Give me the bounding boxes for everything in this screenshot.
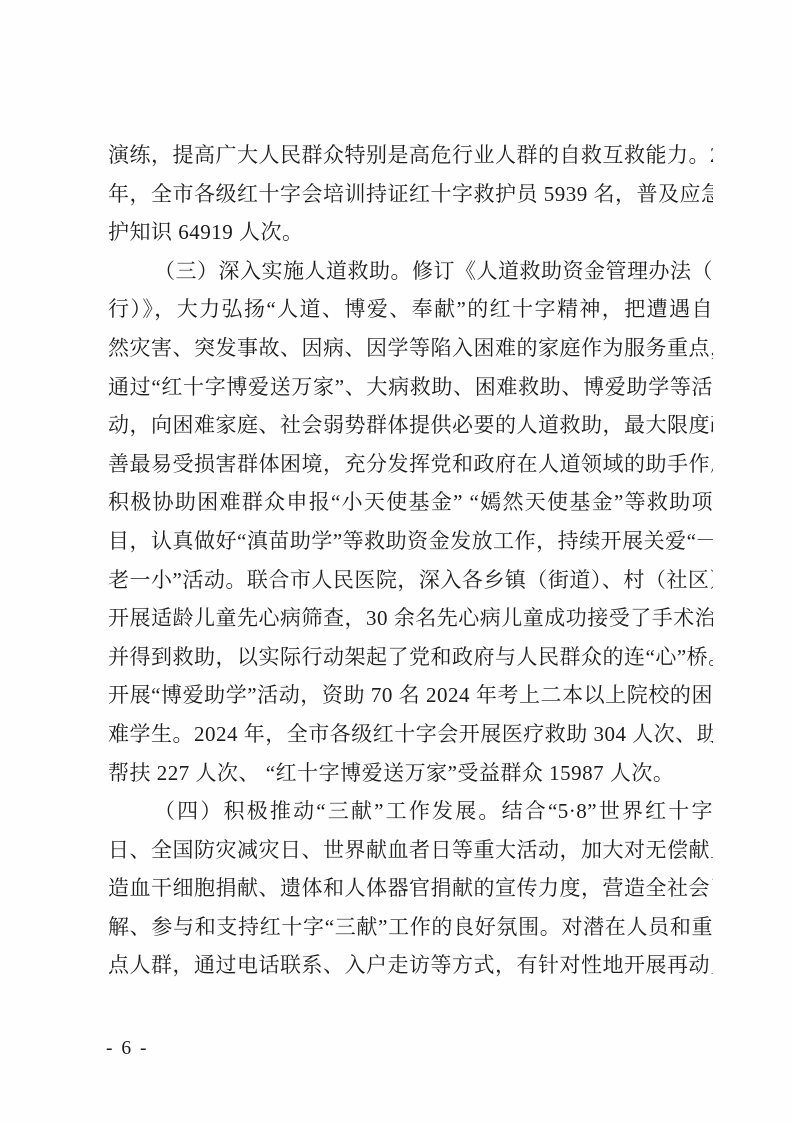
body-text: 演练，提高广大人民群众特别是高危行业人群的自救互救能力。2024年，全市各级红十… xyxy=(108,136,713,985)
document-page: 演练，提高广大人民群众特别是高危行业人群的自救互救能力。2024年，全市各级红十… xyxy=(0,0,793,1122)
text-line: 帮扶 227 人次、 “红十字博爱送万家”受益群众 15987 人次。 xyxy=(108,754,713,793)
text-line: 善最易受损害群体困境，充分发挥党和政府在人道领域的助手作用。 xyxy=(108,445,713,484)
text-line: 日、全国防灾减灾日、世界献血者日等重大活动，加大对无偿献血、 xyxy=(108,831,713,870)
text-line: 目，认真做好“滇苗助学”等救助资金发放工作，持续开展关爱“一 xyxy=(108,522,713,561)
text-line: 然灾害、突发事故、因病、因学等陷入困难的家庭作为服务重点， xyxy=(108,329,713,368)
page-number: - 6 - xyxy=(106,1038,149,1060)
text-line: 开展适龄儿童先心病筛查，30 余名先心病儿童成功接受了手术治疗， xyxy=(108,599,713,638)
text-line: 点人群，通过电话联系、入户走访等方式，有针对性地开展再动员 xyxy=(108,946,713,985)
text-line: 演练，提高广大人民群众特别是高危行业人群的自救互救能力。2024 xyxy=(108,136,713,175)
text-line: 解、参与和支持红十字“三献”工作的良好氛围。对潜在人员和重 xyxy=(108,908,713,947)
text-line: （三）深入实施人道救助。修订《人道救助资金管理办法（试 xyxy=(108,252,713,291)
text-line: 年，全市各级红十字会培训持证红十字救护员 5939 名，普及应急救 xyxy=(108,175,713,214)
text-line: 老一小”活动。联合市人民医院，深入各乡镇（街道）、村（社区） xyxy=(108,561,713,600)
text-line: 并得到救助，以实际行动架起了党和政府与人民群众的连“心”桥。 xyxy=(108,638,713,677)
text-line: 造血干细胞捐献、遗体和人体器官捐献的宣传力度，营造全社会了 xyxy=(108,869,713,908)
text-line: 动，向困难家庭、社会弱势群体提供必要的人道救助，最大限度改 xyxy=(108,406,713,445)
text-line: 难学生。2024 年，全市各级红十字会开展医疗救助 304 人次、助学 xyxy=(108,715,713,754)
text-line: 护知识 64919 人次。 xyxy=(108,213,713,252)
text-line: 开展“博爱助学”活动，资助 70 名 2024 年考上二本以上院校的困 xyxy=(108,676,713,715)
text-line: 积极协助困难群众申报“小天使基金” “嫣然天使基金”等救助项 xyxy=(108,483,713,522)
text-line: 行）》，大力弘扬“人道、博爱、奉献”的红十字精神，把遭遇自 xyxy=(108,290,713,329)
text-line: 通过“红十字博爱送万家”、大病救助、困难救助、博爱助学等活 xyxy=(108,368,713,407)
text-line: （四）积极推动“三献”工作发展。结合“5·8”世界红十字 xyxy=(108,792,713,831)
